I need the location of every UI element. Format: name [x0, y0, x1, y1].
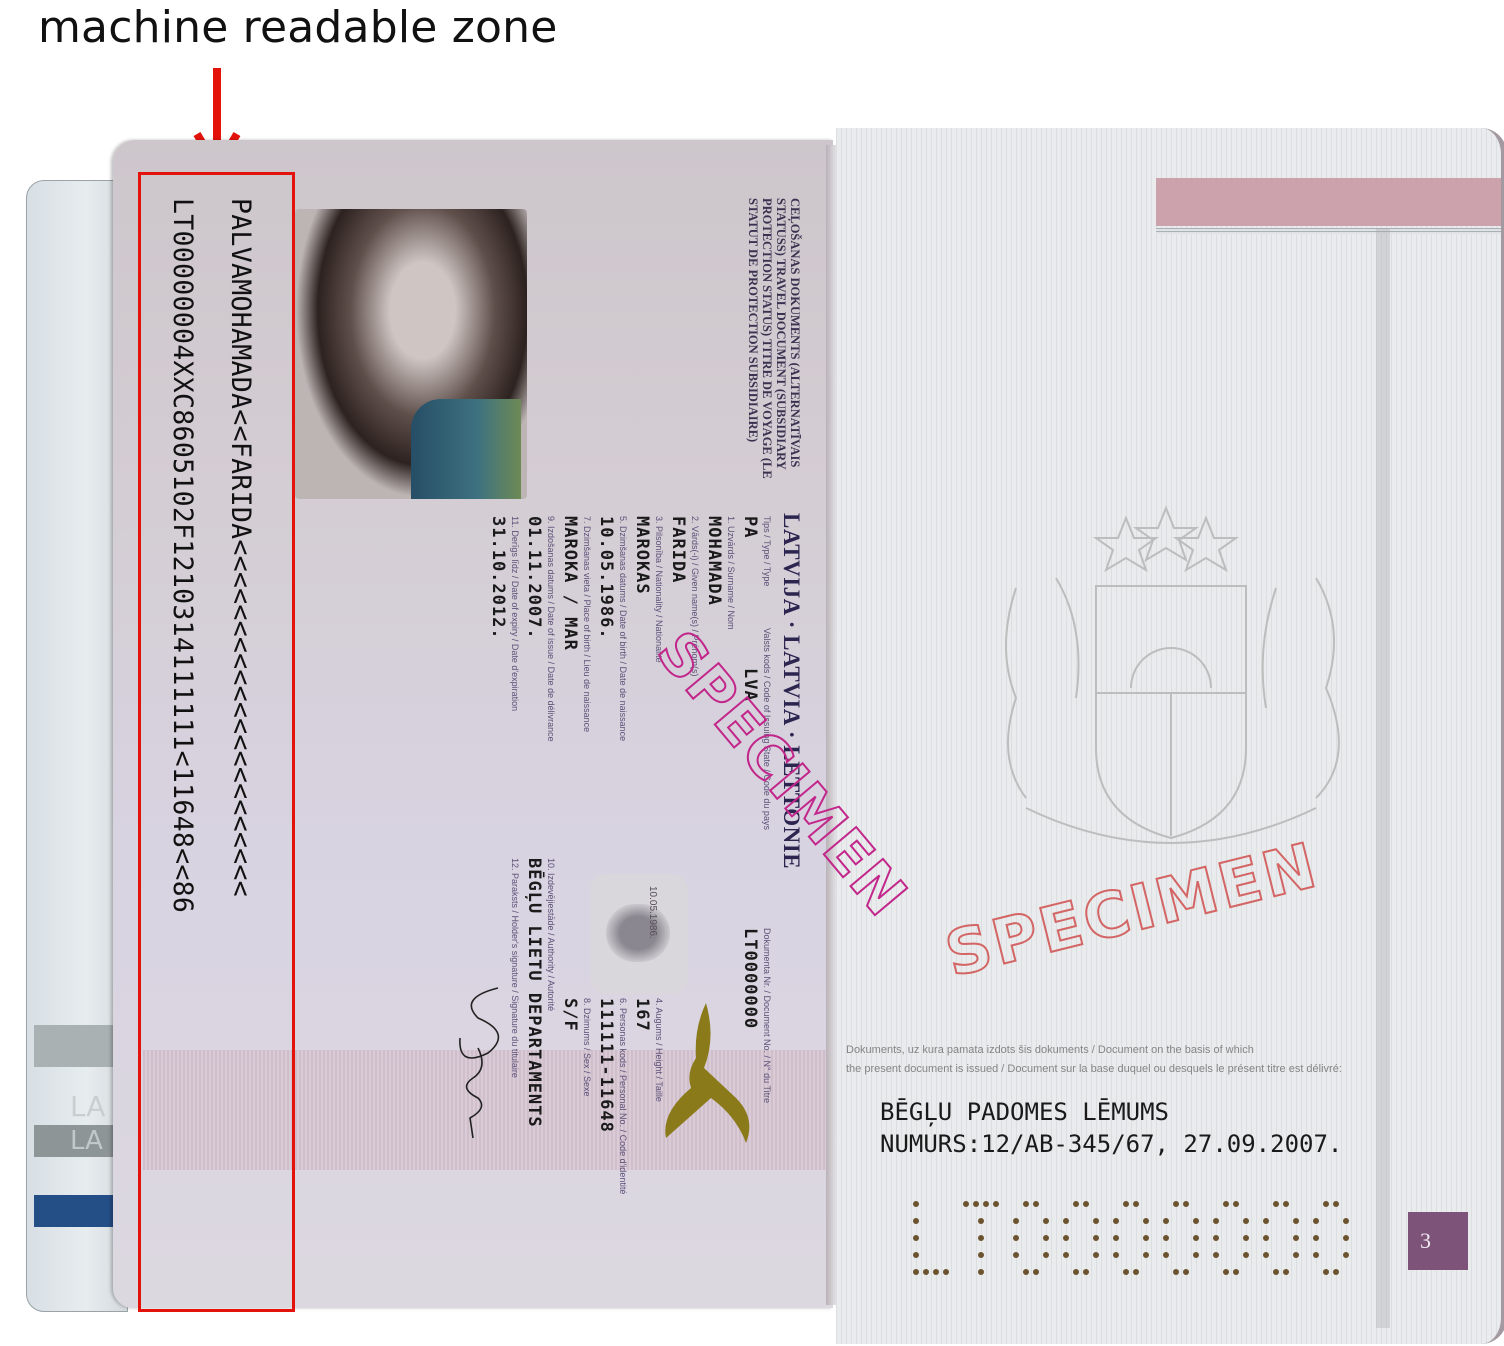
mrz-highlight-frame — [138, 172, 295, 1312]
document-type-title: CEĻOŠANAS DOKUMENTS (ALTERNATĪVAIS STATU… — [746, 198, 802, 498]
basis-document-label: Dokuments, uz kura pamata izdots šis dok… — [846, 1041, 1342, 1079]
type-label: Tips / Type / Type — [762, 516, 772, 586]
perforated-document-number — [912, 1196, 1372, 1286]
given-names-value: FARIDA — [668, 516, 688, 583]
ghost-image-date: 10.05.1986. — [647, 886, 658, 939]
ghost-image: 10.05.1986. — [590, 874, 688, 994]
back-page-blue-band — [34, 1195, 124, 1227]
sex-value: S/F — [560, 998, 580, 1032]
holder-signature — [448, 978, 518, 1148]
basis-document-value: BĒGĻU PADOMES LĒMUMSNUMURS:12/AB-345/67,… — [880, 1096, 1342, 1160]
basis-label-line: Dokuments, uz kura pamata izdots šis dok… — [846, 1041, 1342, 1060]
date-of-birth-label: 5. Dzimšanas datums / Date of birth / Da… — [618, 516, 628, 741]
sex-label: 8. Dzimums / Sex / Sexe — [582, 998, 592, 1097]
personal-no-label: 6. Personas kods / Personal No. / Code d… — [618, 998, 628, 1194]
back-page-band — [34, 1025, 124, 1067]
security-vertical-strip — [1376, 228, 1390, 1328]
surname-label: 1. Uzvārds / Surname / Nom — [726, 516, 736, 630]
coat-of-arms-icon — [956, 498, 1376, 858]
back-page-band-label: LA — [34, 1125, 124, 1157]
nationality-label: 3. Pilsonība / Nationality / Nationalité — [654, 516, 664, 663]
place-of-birth-label: 7. Dzimšanas vieta / Place of birth / Li… — [582, 516, 592, 732]
nationality-value: MAROKAS — [632, 516, 652, 595]
security-band-lines — [1156, 228, 1501, 234]
basis-value-line: BĒGĻU PADOMES LĒMUMS — [880, 1096, 1342, 1128]
place-of-birth-value: MAROKA / MAR — [560, 516, 580, 651]
surname-value: MOHAMADA — [704, 516, 724, 606]
photo-scarf — [411, 399, 521, 499]
authority-value: BĒGĻU LIETU DEPARTAMENTS — [524, 858, 544, 1128]
ghost-image-face — [606, 904, 670, 962]
type-value: PA — [740, 516, 760, 538]
passport-right-page: SPECIMEN Dokuments, uz kura pamata izdot… — [836, 128, 1504, 1344]
basis-label-line: the present document is issued / Documen… — [846, 1060, 1342, 1079]
personal-no-value: 111111-11648 — [596, 998, 616, 1133]
back-page-text: LA — [34, 1126, 103, 1156]
back-page-text: LA — [70, 1090, 105, 1123]
bird-emblem-icon — [636, 998, 766, 1148]
authority-label: 10. Izdevējiestāde / Authority / Autorit… — [546, 858, 556, 1011]
date-of-birth-value: 10.05.1986. — [596, 516, 616, 640]
security-band — [1156, 178, 1501, 226]
date-of-expiry-label: 11. Derīgs līdz / Date of expiry / Date … — [510, 516, 520, 711]
date-of-expiry-value: 31.10.2012. — [488, 516, 508, 640]
page-number: 3 — [1408, 1212, 1468, 1270]
date-of-issue-label: 9. Izdošanas datums / Date of issue / Da… — [546, 516, 556, 742]
basis-value-line: NUMURS:12/AB-345/67, 27.09.2007. — [880, 1128, 1342, 1160]
annotation-caption: machine readable zone — [38, 2, 558, 53]
date-of-issue-value: 01.11.2007. — [524, 516, 544, 640]
holder-photo — [295, 209, 527, 499]
